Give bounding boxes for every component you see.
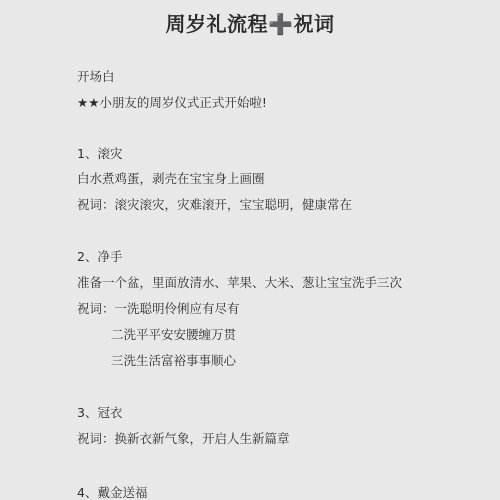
section-heading-1: 1、滚灾 xyxy=(77,146,122,162)
section-instruction-1: 白水煮鸡蛋，剥壳在宝宝身上画圈 xyxy=(77,171,265,187)
section-blessing-2: 祝词：一洗聪明伶俐应有尽有 xyxy=(77,301,240,317)
page-title: 周岁礼流程➕祝词 xyxy=(0,8,500,37)
section-heading-2: 2、净手 xyxy=(77,249,122,265)
opening-text: ★★小朋友的周岁仪式正式开始啦! xyxy=(77,95,267,111)
section-blessing-3: 祝词：换新衣新气象，开启人生新篇章 xyxy=(77,431,290,447)
section-blessing-2-line-3: 三洗生活富裕事事顺心 xyxy=(111,353,236,369)
section-blessing-1: 祝词：滚灾滚灾，灾难滚开，宝宝聪明，健康常在 xyxy=(77,197,352,213)
section-heading-3: 3、冠衣 xyxy=(77,405,122,421)
section-heading-4: 4、戴金送福 xyxy=(77,485,147,500)
section-blessing-2-line-2: 二洗平平安安腰缠万贯 xyxy=(111,327,236,343)
section-instruction-2: 准备一个盆，里面放清水、苹果、大米、葱让宝宝洗手三次 xyxy=(77,275,402,291)
opening-heading: 开场白 xyxy=(77,69,115,85)
